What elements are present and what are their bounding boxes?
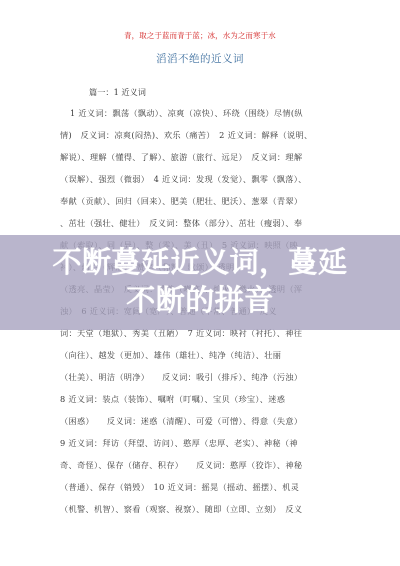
document-title: 滔滔不绝的近义词 xyxy=(0,51,400,66)
body-line: 9 近义词：拜访（拜望、访问）、憨厚（忠厚、老实）、神秘（神 xyxy=(60,438,360,449)
banner-title: 不断蔓延近义词，蔓延 不断的拼音 xyxy=(0,243,400,319)
banner-title-line-2: 不断的拼音 xyxy=(0,281,400,319)
body-line: 、茁壮（强壮、健壮） 反义词：整体（部分）、茁壮（瘦弱）、奉 xyxy=(60,218,360,229)
body-line: （误解）、强烈（微弱） 4 近义词：发现（发觉）、飘零（飘落）、 xyxy=(60,174,360,185)
banner-title-line-1: 不断蔓延近义词，蔓延 xyxy=(0,243,400,281)
body-line: （普通）、保存（销毁） 10 近义词：摇晃（摇动、摇摆）、机灵 xyxy=(60,482,360,493)
body-line: （困惑） 反义词：迷惑（清醒）、可爱（可憎）、得意（失意） xyxy=(60,416,360,427)
body-line: （壮美）、明洁（明净） 反义词：吸引（排斥）、纯净（污浊） xyxy=(60,372,360,383)
section-heading: 篇一：1 近义词 xyxy=(89,87,146,98)
body-line: （机警、机智）、察看（观察、视察）、随即（立即、立刻） 反义 xyxy=(60,504,360,515)
body-line: 情) 反义词：凉爽(闷热)、欢乐（痛苦） 2 近义词：解释（说明、 xyxy=(60,130,360,141)
body-line: 8 近义词：装点（装饰）、嘱咐（叮嘱）、宝贝（珍宝）、迷惑 xyxy=(60,394,360,405)
body-line: （向往）、越发（更加）、雄伟（雄壮）、纯净（纯洁）、壮丽 xyxy=(60,350,360,361)
body-line: 奇、奇怪）、保存（储存、积存） 反义词：憨厚（狡诈）、神秘 xyxy=(60,460,360,471)
body-line: 解说）、理解（懂得、了解）、旅游（旅行、远足） 反义词：理解 xyxy=(60,152,360,163)
body-line: 奉献（贡献）、回归（回来）、肥美（肥壮、肥沃）、葱翠（青翠） xyxy=(60,196,360,207)
epigraph-quote: 青，取之于蓝而青于蓝；冰，水为之而寒于水 xyxy=(0,30,400,41)
body-line: 1 近义词：飘荡（飘动）、凉爽（凉快）、环绕（围绕）尽情(纵 xyxy=(70,108,370,119)
